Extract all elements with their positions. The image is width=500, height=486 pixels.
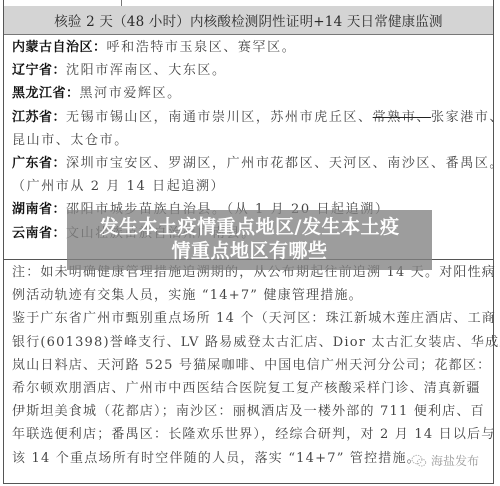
note-line: 年联选便利店；番禺区：长隆欢乐世界），经综合研判，对 2 月 14 日以后与: [12, 423, 487, 446]
overlay-title-line2: 情重点地区有哪些: [67, 239, 432, 263]
note-line: 银行(601398)誉峰支行、LV 路易威登太古汇店、Dior 太古汇女装店、华…: [12, 331, 487, 354]
region-areas: 深圳市宝安区、罗湖区，广州市花都区、天河区、南沙区、番禺区。: [66, 156, 500, 171]
region-areas: 张家港市、: [431, 110, 500, 125]
province-label: 湖南省：: [12, 202, 66, 217]
region-areas: （广州市从 2 月 14 日起追溯）: [12, 179, 225, 194]
region-areas: 无锡市锡山区，南通市崇川区，苏州市虎丘区、: [66, 110, 373, 125]
note-line: 岚山日料店、天河路 525 号猫屎咖啡、中国电信广州天河分公司；花都区：: [12, 354, 487, 377]
region-entry: 黑龙江省：黑河市爱辉区。: [12, 82, 487, 105]
watermark-text: 海盐发布: [431, 452, 479, 469]
province-label: 广东省：: [12, 156, 66, 171]
wechat-icon: [411, 454, 427, 468]
province-label: 云南省：: [12, 226, 66, 241]
section-title: 核验 2 天（48 小时）内核酸检测阴性证明+14 天日常健康监测: [54, 10, 443, 30]
region-entry: 广东省：深圳市宝安区、罗湖区，广州市花都区、天河区、南沙区、番禺区。: [12, 152, 487, 175]
source-watermark: 海盐发布: [411, 452, 479, 469]
region-entry-continued: 昆山市、太仓市。: [12, 129, 487, 152]
province-label: 内蒙古自治区：: [12, 40, 107, 55]
region-areas: 呼和浩特市玉泉区、赛罕区。: [107, 40, 297, 55]
overlay-title-line1: 发生本土疫情重点地区/发生本土疫: [67, 215, 432, 239]
note-line: 伊斯坦美食城（花都店）；南沙区：丽枫酒店及一楼外部的 711 便利店、百: [12, 400, 487, 423]
region-areas: 沈阳市浑南区、大东区。: [66, 63, 227, 78]
region-entry: 辽宁省：沈阳市浑南区、大东区。: [12, 59, 487, 82]
struck-area: 常熟市、: [373, 110, 431, 125]
note-line: 鉴于广东省广州市甄别重点场所 14 个（天河区：珠江新城木莲庄酒店、工商: [12, 307, 487, 330]
region-areas: 昆山市、太仓市。: [12, 133, 129, 148]
region-entry-continued: （广州市从 2 月 14 日起追溯）: [12, 175, 487, 198]
note-line: 例活动轨迹有交集人员，实施 “14+7” 健康管理措施。: [12, 284, 487, 307]
province-label: 辽宁省：: [12, 63, 66, 78]
title-overlay: 发生本土疫情重点地区/发生本土疫 情重点地区有哪些: [67, 210, 432, 270]
province-label: 江苏省：: [12, 110, 66, 125]
section-header: 核验 2 天（48 小时）内核酸检测阴性证明+14 天日常健康监测: [4, 6, 493, 35]
region-entry: 内蒙古自治区：呼和浩特市玉泉区、赛罕区。: [12, 36, 487, 59]
region-areas: 黑河市爱辉区。: [80, 86, 182, 101]
region-entry: 江苏省：无锡市锡山区，南通市崇川区，苏州市虎丘区、常熟市、张家港市、: [12, 106, 487, 129]
province-label: 黑龙江省：: [12, 86, 80, 101]
note-line: 希尔顿欢朋酒店、广州市中西医结合医院复工复产核酸采样门诊、清真新疆: [12, 377, 487, 400]
note-section: 注：如未明确健康管理措施追溯期的，从公布期起往前追溯 14 天。对阳性病 例活动…: [12, 261, 487, 470]
